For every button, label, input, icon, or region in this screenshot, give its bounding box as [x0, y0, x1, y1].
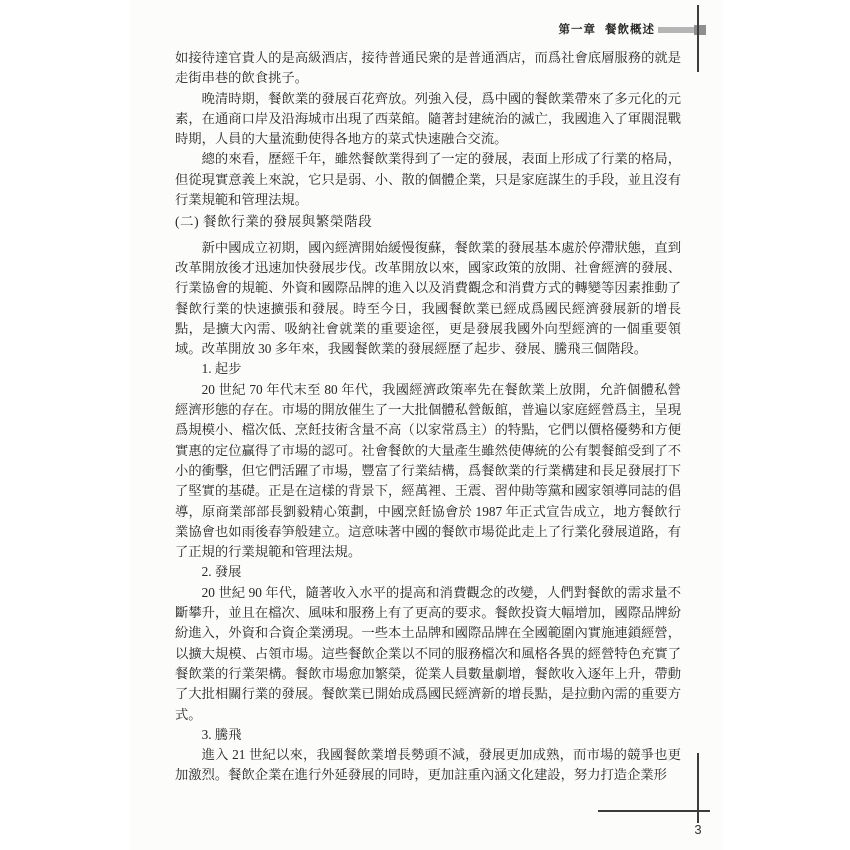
running-header-title: 餐飲概述 [605, 24, 655, 36]
numbered-subheading: 1. 起步 [175, 359, 681, 379]
body-paragraph: 晚清時期，餐飲業的發展百花齊放。列強入侵，爲中國的餐飲業帶來了多元化的元素，在通… [175, 89, 681, 150]
crop-mark-bottom-right-horizontal [598, 810, 710, 812]
body-paragraph: 進入 21 世紀以來，我國餐飲業增長勢頭不減，發展更加成熟，而市場的競爭也更加激… [175, 745, 681, 786]
body-paragraph: 如接待達官貴人的是高級酒店，接待普通民衆的是普通酒店，而爲社會底層服務的就是走街… [175, 48, 681, 89]
page-number: 3 [688, 822, 708, 837]
running-header-chapter: 第一章 [559, 24, 597, 36]
running-header: 第一章餐飲概述 [175, 21, 655, 37]
numbered-subheading: 3. 騰飛 [175, 725, 681, 745]
section-heading: (二) 餐飲行業的發展與繁榮階段 [175, 212, 681, 232]
body-paragraph: 20 世紀 90 年代，隨著收入水平的提高和消費觀念的改變，人們對餐飲的需求量不… [175, 583, 681, 725]
numbered-subheading: 2. 發展 [175, 562, 681, 582]
crop-mark-top-right-vertical [697, 5, 699, 72]
body-paragraph: 20 世紀 70 年代末至 80 年代，我國經濟政策率先在餐飲業上放開，允許個體… [175, 380, 681, 563]
body-paragraph: 新中國成立初期，國內經濟開始緩慢復蘇，餐飲業的發展基本處於停滯狀態，直到改革開放… [175, 238, 681, 360]
page-body-text: 如接待達官貴人的是高級酒店，接待普通民衆的是普通酒店，而爲社會底層服務的就是走街… [175, 48, 681, 786]
header-rule-bar-end-square [694, 25, 706, 35]
body-paragraph: 總的來看，歷經千年，雖然餐飲業得到了一定的發展，表面上形成了行業的格局，但從現實… [175, 149, 681, 210]
crop-mark-bottom-right-vertical [697, 753, 699, 823]
